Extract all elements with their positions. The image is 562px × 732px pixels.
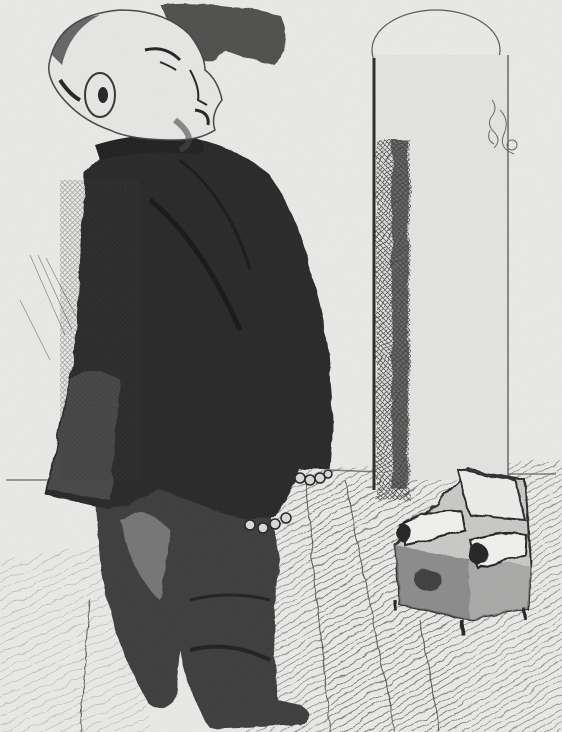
etching-artwork [0, 0, 562, 732]
paper-grain [0, 0, 562, 732]
